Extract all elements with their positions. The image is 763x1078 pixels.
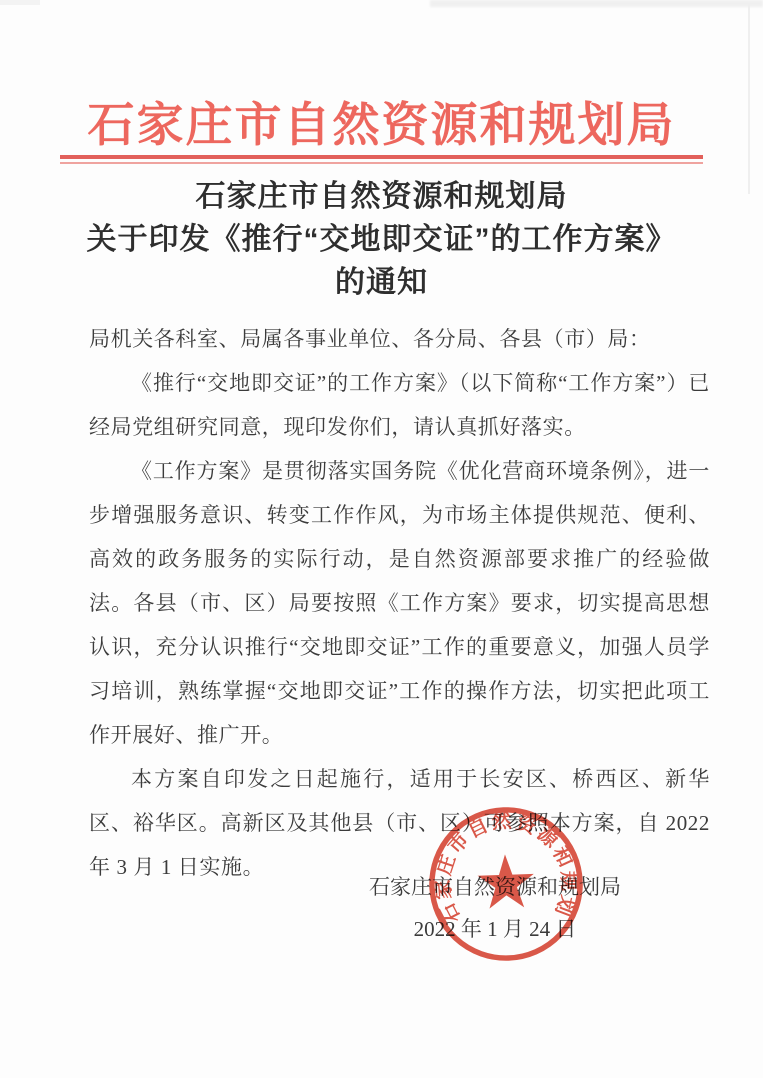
heading-line-3: 的通知 [0,261,763,304]
document-body: 局机关各科室、局属各事业单位、各分局、各县（市）局： 《推行“交地即交证”的工作… [89,317,710,889]
official-seal-graphic: 石家庄市自然资源和规划局 [424,802,587,965]
heading-line-2: 关于印发《推行“交地即交证”的工作方案》 [0,218,763,261]
scan-artifact [0,0,40,5]
body-paragraph: 《推行“交地即交证”的工作方案》（以下简称“工作方案”）已经局党组研究同意，现印… [89,361,710,449]
heading-line-1: 石家庄市自然资源和规划局 [0,175,763,218]
body-paragraph: 《工作方案》是贯彻落实国务院《优化营商环境条例》，进一步增强服务意识、转变工作作… [89,449,710,757]
document-heading: 石家庄市自然资源和规划局 关于印发《推行“交地即交证”的工作方案》 的通知 [0,175,763,304]
body-paragraph: 本方案自印发之日起施行，适用于长安区、桥西区、新华区、裕华区。高新区及其他县（市… [89,757,710,889]
document-page: 石家庄市自然资源和规划局 石家庄市自然资源和规划局 关于印发《推行“交地即交证”… [0,0,763,1078]
salutation: 局机关各科室、局属各事业单位、各分局、各县（市）局： [89,317,710,361]
letterhead-divider [60,155,703,164]
seal-star-icon [477,853,535,909]
scan-artifact [430,0,763,7]
letterhead-title: 石家庄市自然资源和规划局 [0,88,763,155]
official-seal: 石家庄市自然资源和规划局 [424,802,587,965]
